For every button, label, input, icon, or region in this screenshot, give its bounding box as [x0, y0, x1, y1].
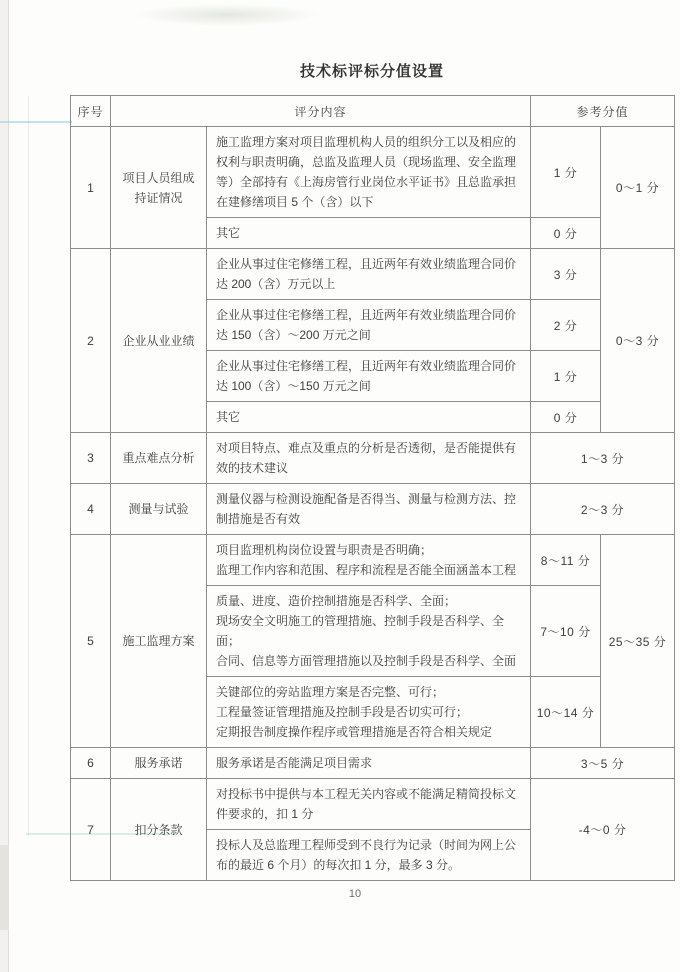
row-category: 服务承诺 — [111, 748, 207, 779]
row-category: 扣分条款 — [111, 779, 207, 881]
row-description: 施工监理方案对项目监理机构人员的组织分工以及相应的权利与职责明确，总监及监理人员… — [207, 127, 531, 218]
row-index: 4 — [71, 484, 111, 535]
table-row: 7 扣分条款 对投标书中提供与本工程无关内容或不能满足精简投标文件要求的，扣 1… — [71, 779, 675, 830]
table-row: 5 施工监理方案 项目监理机构岗位设置与职责是否明确； 监理工作内容和范围、程序… — [71, 535, 675, 586]
scan-smudge — [135, 4, 320, 26]
row-score: 1～3 分 — [531, 433, 675, 484]
row-index: 5 — [71, 535, 111, 748]
row-score: 7～10 分 — [531, 586, 601, 677]
row-score-summary: 0～1 分 — [601, 127, 675, 249]
evaluation-score-table: 序号 评分内容 参考分值 1 项目人员组成 持证情况 施工监理方案对项目监理机构… — [70, 95, 675, 881]
row-index: 1 — [71, 127, 111, 249]
table-row: 4 测量与试验 测量仪器与检测设施配备是否得当、测量与检测方法、控制措施是否有效… — [71, 484, 675, 535]
row-description: 质量、进度、造价控制措施是否科学、全面； 现场安全文明施工的管理措施、控制手段是… — [207, 586, 531, 677]
row-category: 项目人员组成 持证情况 — [111, 127, 207, 249]
row-index: 2 — [71, 249, 111, 433]
row-category: 测量与试验 — [111, 484, 207, 535]
row-score-summary: 0～3 分 — [601, 249, 675, 433]
row-category: 施工监理方案 — [111, 535, 207, 748]
table-row: 6 服务承诺 服务承诺是否能满足项目需求 3～5 分 — [71, 748, 675, 779]
row-category: 重点难点分析 — [111, 433, 207, 484]
row-score: 2 分 — [531, 300, 601, 351]
row-category: 企业从业业绩 — [111, 249, 207, 433]
row-description: 测量仪器与检测设施配备是否得当、测量与检测方法、控制措施是否有效 — [207, 484, 531, 535]
row-score: 0 分 — [531, 402, 601, 433]
row-description: 企业从事过住宅修缮工程，且近两年有效业绩监理合同价达 150（含）～200 万元… — [207, 300, 531, 351]
row-score: 8～11 分 — [531, 535, 601, 586]
table-row: 3 重点难点分析 对项目特点、难点及重点的分析是否透彻，是否能提供有效的技术建议… — [71, 433, 675, 484]
page-title: 技术标评标分值设置 — [70, 60, 674, 81]
row-description: 项目监理机构岗位设置与职责是否明确； 监理工作内容和范围、程序和流程是否能全面涵… — [207, 535, 531, 586]
header-index: 序号 — [71, 96, 111, 127]
scan-edge-strip — [0, 0, 9, 972]
row-description: 其它 — [207, 218, 531, 249]
table-row: 2 企业从业业绩 企业从事过住宅修缮工程，且近两年有效业绩监理合同价达 200（… — [71, 249, 675, 300]
row-description: 企业从事过住宅修缮工程，且近两年有效业绩监理合同价达 100（含）～150 万元… — [207, 351, 531, 402]
row-score: 10～14 分 — [531, 677, 601, 748]
header-content: 评分内容 — [111, 96, 531, 127]
row-score-summary: 25～35 分 — [601, 535, 675, 748]
scan-cyan-line-top — [0, 121, 72, 123]
page-number: 10 — [70, 888, 640, 900]
row-score: 2～3 分 — [531, 484, 675, 535]
scan-edge-blob — [0, 845, 9, 930]
document-page: 技术标评标分值设置 序号 评分内容 参考分值 1 项目人员组成 持证情况 施工监… — [0, 0, 680, 972]
row-description: 服务承诺是否能满足项目需求 — [207, 748, 531, 779]
row-description: 对投标书中提供与本工程无关内容或不能满足精简投标文件要求的，扣 1 分 — [207, 779, 531, 830]
header-score: 参考分值 — [531, 96, 675, 127]
table-row: 1 项目人员组成 持证情况 施工监理方案对项目监理机构人员的组织分工以及相应的权… — [71, 127, 675, 218]
row-index: 7 — [71, 779, 111, 881]
row-score: 1 分 — [531, 351, 601, 402]
row-index: 3 — [71, 433, 111, 484]
row-description: 对项目特点、难点及重点的分析是否透彻，是否能提供有效的技术建议 — [207, 433, 531, 484]
row-score: 3 分 — [531, 249, 601, 300]
table-header-row: 序号 评分内容 参考分值 — [71, 96, 675, 127]
row-description: 其它 — [207, 402, 531, 433]
row-description: 关键部位的旁站监理方案是否完整、可行； 工程量签证管理措施及控制手段是否切实可行… — [207, 677, 531, 748]
row-index: 6 — [71, 748, 111, 779]
row-score: 1 分 — [531, 127, 601, 218]
scan-edge-line — [28, 96, 29, 836]
row-score-summary: -4～0 分 — [531, 779, 675, 881]
row-description: 企业从事过住宅修缮工程，且近两年有效业绩监理合同价达 200（含）万元以上 — [207, 249, 531, 300]
row-score: 0 分 — [531, 218, 601, 249]
row-description: 投标人及总监理工程师受到不良行为记录（时间为网上公布的最近 6 个月）的每次扣 … — [207, 830, 531, 881]
row-score: 3～5 分 — [531, 748, 675, 779]
